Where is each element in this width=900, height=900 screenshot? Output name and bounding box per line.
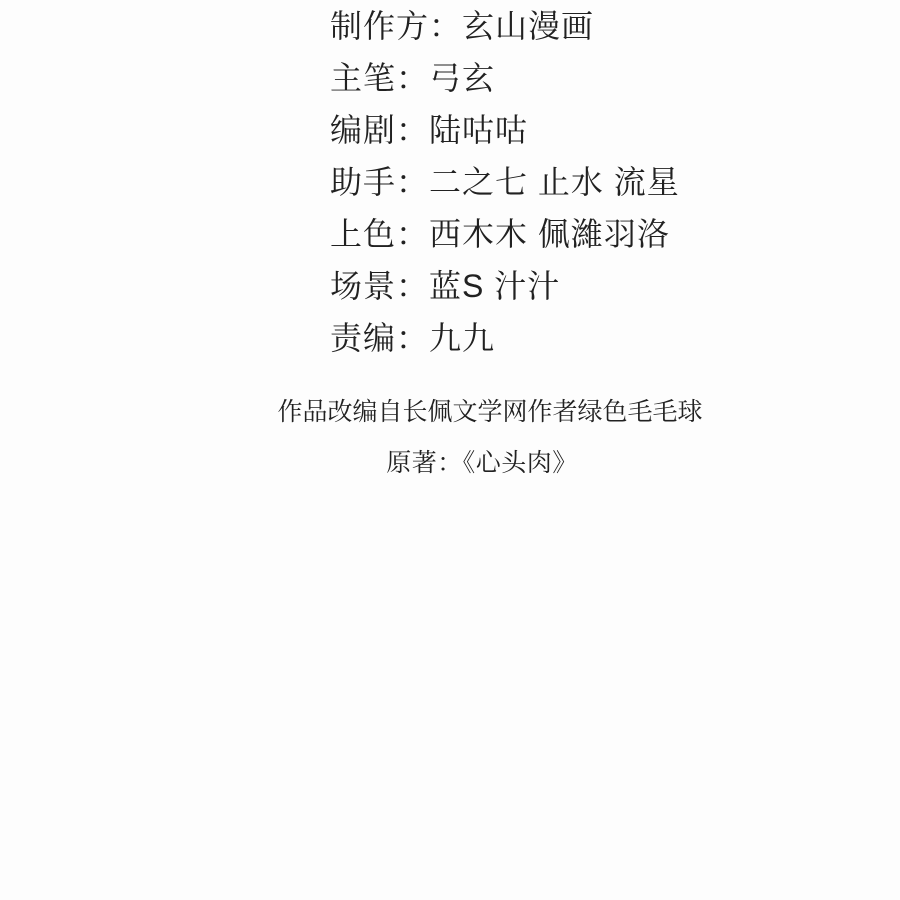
original-work-title: 原著：《心头肉》 (386, 448, 578, 478)
credit-line-editor: 责编：九九 (330, 312, 680, 364)
adaptation-note: 作品改编自长佩文学网作者绿色毛毛球 (277, 397, 702, 427)
credit-line-lead-artist: 主笔：弓玄 (330, 52, 680, 104)
credit-line-screenwriter: 编剧：陆咕咕 (330, 104, 680, 156)
credits-list: 制作方：玄山漫画 主笔：弓玄 编剧：陆咕咕 助手：二之七 止水 流星 上色：西木… (330, 0, 680, 364)
credit-line-assistants: 助手：二之七 止水 流星 (330, 156, 680, 208)
credit-line-backgrounds: 场景：蓝S 汁汁 (330, 260, 680, 312)
credits-page: 制作方：玄山漫画 主笔：弓玄 编剧：陆咕咕 助手：二之七 止水 流星 上色：西木… (0, 0, 900, 900)
credit-line-producer: 制作方：玄山漫画 (330, 0, 680, 52)
credit-line-coloring: 上色：西木木 佩濰羽洛 (330, 208, 680, 260)
